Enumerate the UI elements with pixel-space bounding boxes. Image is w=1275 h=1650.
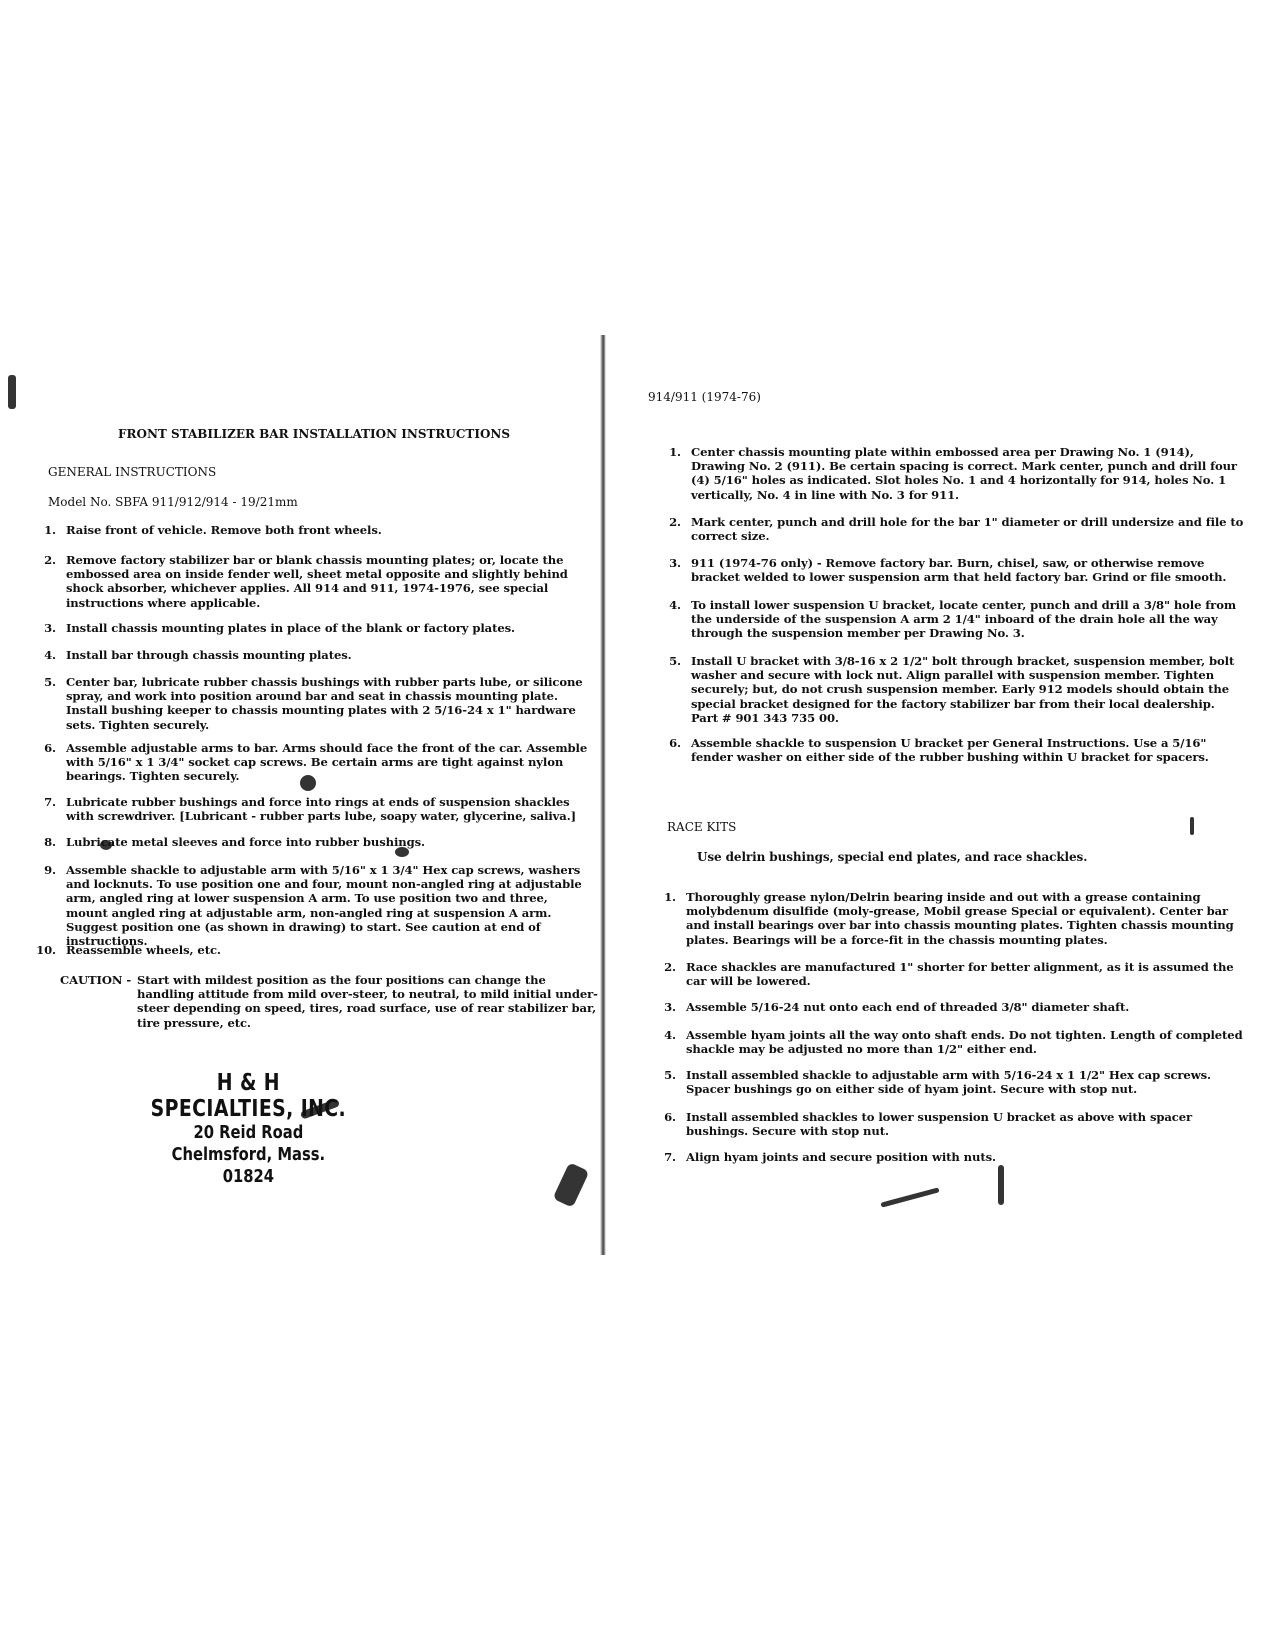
list-item: 3.Assemble 5/16-24 nut onto each end of … (650, 1000, 1250, 1014)
list-item: 2.Remove factory stabilizer bar or blank… (30, 553, 590, 610)
list-item: 7.Lubricate rubber bushings and force in… (30, 795, 590, 823)
list-item: 1.Raise front of vehicle. Remove both fr… (30, 523, 590, 537)
page-fold (600, 335, 606, 1255)
list-item: 2.Race shackles are manufactured 1" shor… (650, 960, 1250, 988)
company-stamp: H & H SPECIALTIES, INC. 20 Reid Road Che… (150, 1070, 347, 1188)
section-heading-general: GENERAL INSTRUCTIONS (48, 465, 216, 479)
list-item: 4.Assemble hyam joints all the way onto … (650, 1028, 1250, 1056)
list-item: 6.Assemble shackle to suspension U brack… (655, 736, 1245, 764)
scan-artifact (998, 1165, 1004, 1205)
caution-text: Start with mildest position as the four … (137, 973, 600, 1030)
list-item: 3.911 (1974-76 only) - Remove factory ba… (655, 556, 1245, 584)
list-item: 10.Reassemble wheels, etc. (30, 943, 590, 957)
model-number: Model No. SBFA 911/912/914 - 19/21mm (48, 495, 298, 509)
company-street: 20 Reid Road (150, 1122, 347, 1144)
company-name: H & H SPECIALTIES, INC. (150, 1070, 347, 1122)
list-item: 1.Thoroughly grease nylon/Delrin bearing… (650, 890, 1250, 947)
scan-artifact (1190, 817, 1194, 835)
list-item: 2.Mark center, punch and drill hole for … (655, 515, 1245, 543)
special-instructions-heading: 914/911 (1974-76) (648, 390, 761, 404)
list-item: 6.Install assembled shackles to lower su… (650, 1110, 1250, 1138)
list-item: 4.To install lower suspension U bracket,… (655, 598, 1245, 641)
document-title: FRONT STABILIZER BAR INSTALLATION INSTRU… (118, 427, 510, 441)
race-kits-intro: Use delrin bushings, special end plates,… (697, 850, 1087, 864)
list-item: 1.Center chassis mounting plate within e… (655, 445, 1245, 502)
scan-artifact (8, 375, 16, 409)
list-item: 8.Lubricate metal sleeves and force into… (30, 835, 590, 849)
caution-label: CAUTION - (60, 973, 137, 1030)
list-item: 4.Install bar through chassis mounting p… (30, 648, 590, 662)
list-item: 5.Center bar, lubricate rubber chassis b… (30, 675, 590, 732)
scan-artifact (553, 1162, 590, 1208)
list-item: 7.Align hyam joints and secure position … (650, 1150, 1250, 1164)
scan-artifact (880, 1187, 939, 1207)
company-city: Chelmsford, Mass. 01824 (150, 1144, 347, 1188)
list-item: 6.Assemble adjustable arms to bar. Arms … (30, 741, 590, 784)
list-item: 5.Install U bracket with 3/8-16 x 2 1/2"… (655, 654, 1245, 725)
scanned-document-page: FRONT STABILIZER BAR INSTALLATION INSTRU… (0, 0, 1275, 1650)
scanned-spread: FRONT STABILIZER BAR INSTALLATION INSTRU… (0, 335, 1275, 1295)
list-item: 5.Install assembled shackle to adjustabl… (650, 1068, 1250, 1096)
list-item: 3.Install chassis mounting plates in pla… (30, 621, 590, 635)
list-item: 9.Assemble shackle to adjustable arm wit… (30, 863, 590, 948)
race-kits-heading: RACE KITS (667, 820, 736, 834)
caution-note: CAUTION - Start with mildest position as… (60, 973, 600, 1030)
